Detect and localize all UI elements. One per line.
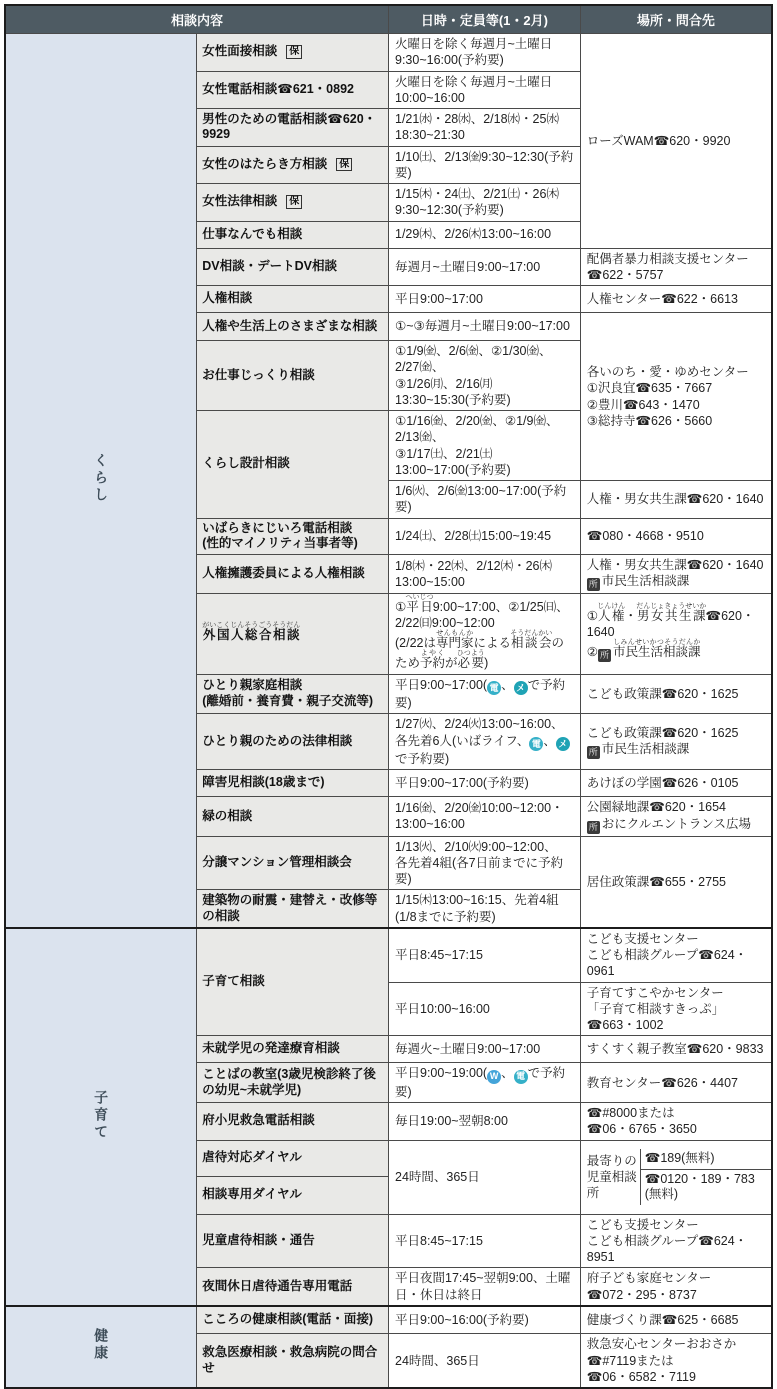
- consultation-name-cell: ひとり親家庭相談(離婚前・養育費・親子交流等): [197, 674, 389, 714]
- schedule-cell: 24時間、365日: [389, 1334, 581, 1388]
- contact-cell: 人権センター☎622・6613: [580, 286, 772, 313]
- consultation-name-cell: 児童虐待相談・通告: [197, 1214, 389, 1268]
- schedule-cell: 平日9:00~17:00(予約要): [389, 770, 581, 797]
- schedule-cell: 1/24㈯、2/28㈯15:00~19:45: [389, 518, 581, 554]
- consultation-name-cell: 男性のための電話相談☎620・9929: [197, 109, 389, 147]
- schedule-cell: 1/21㈬・28㈬、2/18㈬・25㈬18:30~21:30: [389, 109, 581, 147]
- schedule-cell: 1/13㈫、2/10㈫9:00~12:00、各先着4組(各7日前までに予約要): [389, 836, 581, 890]
- consultation-name-cell: 相談専用ダイヤル: [197, 1176, 389, 1214]
- consultation-name-cell: 人権相談: [197, 286, 389, 313]
- contact-cell: 健康づくり課☎625・6685: [580, 1306, 772, 1334]
- consultation-name-cell: 人権や生活上のさまざまな相談: [197, 313, 389, 341]
- consultation-name-cell: 仕事なんでも相談: [197, 221, 389, 248]
- schedule-cell: 平日9:00~19:00(W、電で予約要): [389, 1063, 581, 1103]
- table-body: くらし女性面接相談保火曜日を除く毎週月~土曜日9:30~16:00(予約要)ロー…: [5, 34, 772, 1389]
- consultation-name-cell: 子育て相談: [197, 928, 389, 1036]
- schedule-cell: 火曜日を除く毎週月~土曜日9:30~16:00(予約要): [389, 34, 581, 72]
- schedule-cell: 1/15㈭・24㈯、2/21㈯・26㈭9:30~12:30(予約要): [389, 184, 581, 222]
- contact-cell: 子育てすこやかセンター「子育て相談すきっぷ」☎663・1002: [580, 982, 772, 1036]
- schedule-cell: 平日9:00~17:00: [389, 286, 581, 313]
- category-band-子育て: 子育て: [5, 928, 197, 1306]
- contact-cell: 教育センター☎626・4407: [580, 1063, 772, 1103]
- schedule-cell: ①1/16㈮、2/20㈮、②1/9㈮、2/13㈮、③1/17㈯、2/21㈯13:…: [389, 411, 581, 481]
- childcare-available-badge: 保: [336, 158, 352, 172]
- consultation-table: 相談内容日時・定員等(1・2月)場所・問合先 くらし女性面接相談保火曜日を除く毎…: [4, 4, 773, 1389]
- web-reservation-icon: W: [487, 1070, 501, 1084]
- consultation-name-cell: お仕事じっくり相談: [197, 341, 389, 411]
- contact-cell: 府子ども家庭センター☎072・295・8737: [580, 1268, 772, 1306]
- consultation-name-cell: 外国人総合相談がいこくじんそうごうそうだん: [197, 594, 389, 675]
- contact-cell: ローズWAM☎620・9920: [580, 34, 772, 249]
- contact-split: 最寄りの児童相談所☎189(無料)☎0120・189・783(無料): [581, 1149, 771, 1205]
- consultation-name-cell: 障害児相談(18歳まで): [197, 770, 389, 797]
- schedule-cell: 火曜日を除く毎週月~土曜日10:00~16:00: [389, 71, 581, 109]
- consultation-name-cell: 女性法律相談保: [197, 184, 389, 222]
- dial-189: ☎189(無料): [641, 1149, 771, 1169]
- category-label: くらし: [94, 453, 108, 504]
- schedule-cell: 平日10:00~16:00: [389, 982, 581, 1036]
- consultation-name-cell: くらし設計相談: [197, 411, 389, 519]
- contact-cell: こども政策課☎620・1625: [580, 674, 772, 714]
- schedule-cell: 1/27㈫、2/24㈫13:00~16:00、各先着6人(いばライフ、電、メで予…: [389, 714, 581, 770]
- schedule-cell: 1/6㈫、2/6㈮13:00~17:00(予約要): [389, 481, 581, 519]
- mail-reservation-icon: メ: [556, 737, 570, 751]
- consultation-name-cell: 緑の相談: [197, 797, 389, 836]
- consultation-name-cell: 人権擁護委員による人権相談: [197, 554, 389, 593]
- dial-0120: ☎0120・189・783(無料): [641, 1169, 771, 1205]
- consultation-name-cell: こころの健康相談(電話・面接): [197, 1306, 389, 1334]
- location-icon: 所: [587, 746, 600, 759]
- schedule-cell: ①平日へいじつ9:00~17:00、②1/25㈰、2/22㈰9:00~12:00…: [389, 594, 581, 675]
- consultation-name-cell: 女性電話相談☎621・0892: [197, 71, 389, 109]
- schedule-cell: 毎週月~土曜日9:00~17:00: [389, 248, 581, 286]
- contact-cell: ①人権じんけん・男女共生課だんじょきょうせいか☎620・1640②所市民生活相談…: [580, 594, 772, 675]
- contact-cell: 居住政策課☎655・2755: [580, 836, 772, 928]
- header-schedule: 日時・定員等(1・2月): [389, 5, 581, 34]
- contact-cell: こども政策課☎620・1625所市民生活相談課: [580, 714, 772, 770]
- category-band-くらし: くらし: [5, 34, 197, 928]
- contact-cell: 公園緑地課☎620・1654所おにクルエントランス広場: [580, 797, 772, 836]
- schedule-cell: 1/16㈮、2/20㈮10:00~12:00・13:00~16:00: [389, 797, 581, 836]
- schedule-cell: 平日9:00~16:00(予約要): [389, 1306, 581, 1334]
- schedule-cell: 平日9:00~17:00(電、メで予約要): [389, 674, 581, 714]
- consultation-name-cell: 分譲マンション管理相談会: [197, 836, 389, 890]
- contact-cell: こども支援センターこども相談グループ☎624・0961: [580, 928, 772, 982]
- contact-cell: あけぼの学園☎626・0105: [580, 770, 772, 797]
- schedule-cell: 毎日19:00~翌朝8:00: [389, 1103, 581, 1141]
- childcare-available-badge: 保: [286, 195, 302, 209]
- childcare-available-badge: 保: [286, 45, 302, 59]
- contact-cell: 各いのち・愛・ゆめセンター①沢良宜☎635・7667②豊川☎643・1470③総…: [580, 313, 772, 481]
- phone-reservation-icon: 電: [529, 737, 543, 751]
- header-place-contact: 場所・問合先: [580, 5, 772, 34]
- phone-reservation-icon: 電: [487, 681, 501, 695]
- contact-cell: ☎080・4668・9510: [580, 518, 772, 554]
- category-label: 子育て: [94, 1090, 108, 1141]
- schedule-cell: ①~③毎週月~土曜日9:00~17:00: [389, 313, 581, 341]
- consultation-name-cell: いばらきにじいろ電話相談(性的マイノリティ当事者等): [197, 518, 389, 554]
- contact-cell: 配偶者暴力相談支援センター☎622・5757: [580, 248, 772, 286]
- contact-cell: すくすく親子教室☎620・9833: [580, 1036, 772, 1063]
- contact-cell: 救急安心センターおおさか☎#7119または☎06・6582・7119: [580, 1334, 772, 1388]
- contact-cell: 人権・男女共生課☎620・1640所市民生活相談課: [580, 554, 772, 593]
- table-header: 相談内容日時・定員等(1・2月)場所・問合先: [5, 5, 772, 34]
- consultation-name-cell: 虐待対応ダイヤル: [197, 1140, 389, 1176]
- schedule-cell: 1/8㈭・22㈭、2/12㈭・26㈭13:00~15:00: [389, 554, 581, 593]
- consultation-name-cell: ことばの教室(3歳児検診終了後の幼児~未就学児): [197, 1063, 389, 1103]
- category-label: 健康: [94, 1328, 108, 1362]
- consultation-name-cell: 救急医療相談・救急病院の問合せ: [197, 1334, 389, 1388]
- location-icon: 所: [587, 821, 600, 834]
- consultation-name-cell: 府小児救急電話相談: [197, 1103, 389, 1141]
- schedule-cell: 24時間、365日: [389, 1140, 581, 1214]
- mail-reservation-icon: メ: [514, 681, 528, 695]
- location-icon: 所: [587, 578, 600, 591]
- consultation-name-cell: 未就学児の発達療育相談: [197, 1036, 389, 1063]
- schedule-cell: 1/10㈯、2/13㈮9:30~12:30(予約要): [389, 146, 581, 184]
- phone-reservation-icon: 電: [514, 1070, 528, 1084]
- schedule-cell: 平日8:45~17:15: [389, 928, 581, 982]
- contact-cell: 最寄りの児童相談所☎189(無料)☎0120・189・783(無料): [580, 1140, 772, 1214]
- contact-cell: 人権・男女共生課☎620・1640: [580, 481, 772, 519]
- contact-cell: ☎#8000または☎06・6765・3650: [580, 1103, 772, 1141]
- consultation-name-cell: 夜間休日虐待通告専用電話: [197, 1268, 389, 1306]
- schedule-cell: 1/29㈭、2/26㈭13:00~16:00: [389, 221, 581, 248]
- consultation-name-cell: 建築物の耐震・建替え・改修等の相談: [197, 890, 389, 928]
- header-consultation-content: 相談内容: [5, 5, 389, 34]
- consultation-name-cell: ひとり親のための法律相談: [197, 714, 389, 770]
- nearest-child-center-label: 最寄りの児童相談所: [581, 1149, 641, 1205]
- location-icon: 所: [598, 649, 611, 662]
- category-band-健康: 健康: [5, 1306, 197, 1388]
- consultation-name-cell: DV相談・デートDV相談: [197, 248, 389, 286]
- schedule-cell: ①1/9㈮、2/6㈮、②1/30㈮、2/27㈮、③1/26㈪、2/16㈪13:3…: [389, 341, 581, 411]
- consultation-page: 相談内容日時・定員等(1・2月)場所・問合先 くらし女性面接相談保火曜日を除く毎…: [0, 0, 777, 1049]
- consultation-name-cell: 女性面接相談保: [197, 34, 389, 72]
- consultation-name-cell: 女性のはたらき方相談保: [197, 146, 389, 184]
- contact-cell: こども支援センターこども相談グループ☎624・8951: [580, 1214, 772, 1268]
- schedule-cell: 平日夜間17:45~翌朝9:00、土曜日・休日は終日: [389, 1268, 581, 1306]
- schedule-cell: 平日8:45~17:15: [389, 1214, 581, 1268]
- schedule-cell: 毎週火~土曜日9:00~17:00: [389, 1036, 581, 1063]
- schedule-cell: 1/15㈭13:00~16:15、先着4組(1/8までに予約要): [389, 890, 581, 928]
